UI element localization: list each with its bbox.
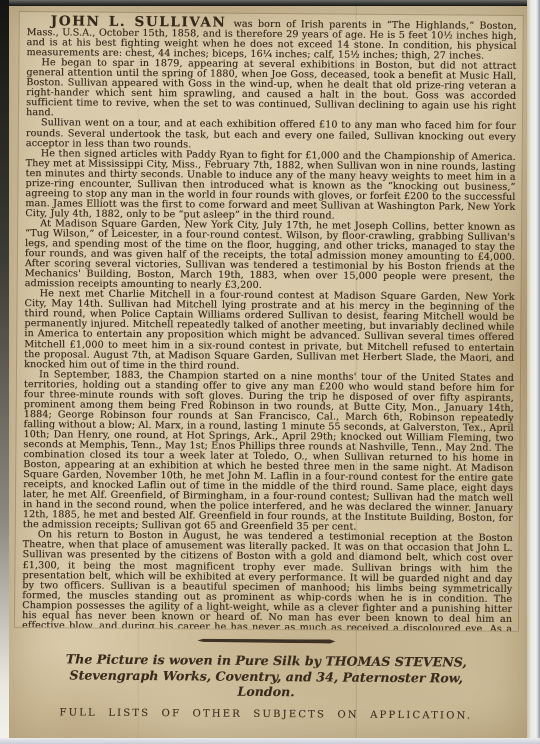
paragraph-tour-challenge: Sullivan went on a tour, and at each exh… [26,119,516,153]
paragraph-tug-wilson: At Madison Square Garden, New York City,… [25,219,516,293]
paragraph-ryan-championship: He then signed articles with Paddy Ryan … [25,149,516,223]
frame-edge-bottom [0,738,540,744]
publisher-credit: The Picture is woven in Pure Silk by THO… [51,651,481,701]
frame-edge-left [0,0,9,744]
paragraph-mitchell-slade: He next met Charlie Mitchell in a four-r… [24,289,515,373]
paragraph-belt-and-character: On his return to Boston in August, he wa… [22,530,513,632]
paragraph-spar-debut: He began to spar in 1879, appearing at s… [26,58,516,122]
framed-silk-picture-label: JOHN L. SULLIVAN was born of Irish paren… [0,0,540,744]
frame-edge-top [0,0,540,6]
opening-paragraph: JOHN L. SULLIVAN was born of Irish paren… [26,16,516,62]
aged-paper: JOHN L. SULLIVAN was born of Irish paren… [9,6,527,738]
frame-edge-right [527,0,540,744]
divider-rule [197,638,335,643]
paragraph-national-tour: In September, 1883, the Champion started… [23,370,514,535]
subjects-note: FULL LISTS OF OTHER SUBJECTS ON APPLICAT… [12,707,519,722]
printed-content: JOHN L. SULLIVAN was born of Irish paren… [9,6,527,738]
biography-sheet: JOHN L. SULLIVAN was born of Irish paren… [14,11,524,632]
